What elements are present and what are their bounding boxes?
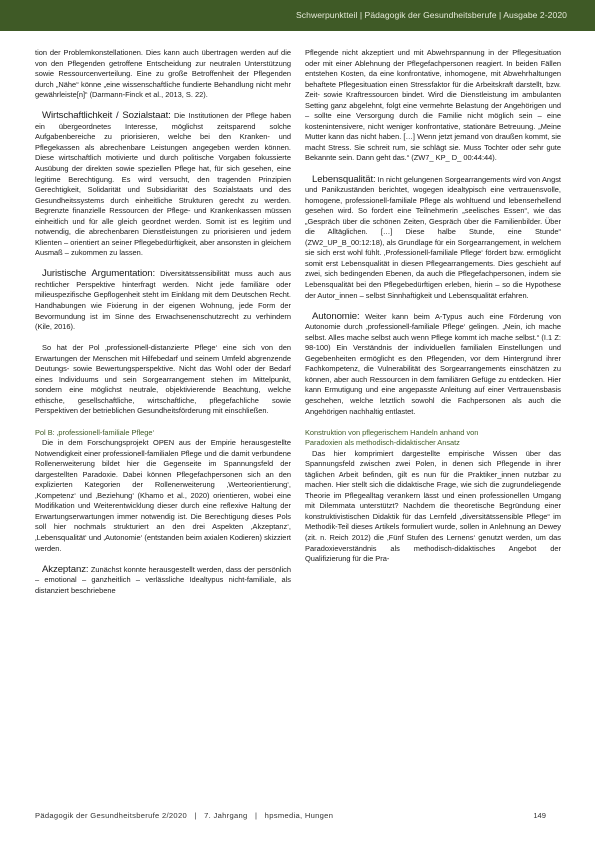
paragraph-quality-of-life: Lebensqualität: In nicht gelungenen Sorg… [305, 175, 561, 302]
running-header-band: Schwerpunktteil | Pädagogik der Gesundhe… [0, 0, 595, 31]
paragraph: tion der Problemkonstellationen. Dies ka… [35, 48, 291, 101]
paragraph-text: In nicht gelungenen Sorgearrangements wi… [305, 175, 561, 300]
page-footer: Pädagogik der Gesundheitsberufe 2/2020 |… [35, 811, 560, 820]
footer-volume: 7. Jahrgang [204, 811, 247, 820]
subheading-line: Paradoxien als methodisch-didaktischer A… [305, 438, 460, 447]
subheading-line: Konstruktion von pflegerischem Handeln a… [305, 428, 478, 437]
paragraph: Pflegende nicht akzeptiert und mit Abweh… [305, 48, 561, 164]
footer-publisher: hpsmedia, Hungen [265, 811, 334, 820]
keyword-heading: Akzeptanz: [42, 564, 88, 575]
page-number: 149 [533, 811, 546, 820]
footer-journal: Pädagogik der Gesundheitsberufe 2/2020 [35, 811, 187, 820]
footer-separator: | [255, 811, 257, 820]
keyword-heading: Wirtschaftlichkeit / Sozialstaat: [42, 110, 171, 121]
paragraph: So hat der Pol ‚professionell-distanzier… [35, 343, 291, 417]
right-column: Pflegende nicht akzeptiert und mit Abweh… [305, 48, 561, 565]
paragraph-acceptance: Akzeptanz: Zunächst konnte herausgestell… [35, 565, 291, 597]
running-header-title: Schwerpunktteil | Pädagogik der Gesundhe… [296, 10, 567, 20]
paragraph-economy: Wirtschaftlichkeit / Sozialstaat: Die In… [35, 111, 291, 259]
paragraph-legal: Juristische Argumentation: Diversitätsse… [35, 269, 291, 332]
paragraph: Das hier komprimiert dargestellte empiri… [305, 449, 561, 565]
section-subheading: Konstruktion von pflegerischem Handeln a… [305, 428, 561, 449]
keyword-heading: Lebensqualität: [312, 174, 376, 185]
paragraph-text: Die Institutionen der Pflege haben ein ü… [35, 111, 291, 257]
footer-separator: | [194, 811, 196, 820]
keyword-heading: Juristische Argumentation: [42, 268, 155, 279]
section-subheading: Pol B: ‚professionell-familiale Pflege‘ [35, 428, 291, 439]
paragraph-text: Weiter kann beim A-Typus auch eine Förde… [305, 312, 561, 416]
paragraph: Die in dem Forschungsprojekt OPEN aus de… [35, 438, 291, 554]
left-column: tion der Problemkonstellationen. Dies ka… [35, 48, 291, 596]
paragraph-autonomy: Autonomie: Weiter kann beim A-Typus auch… [305, 312, 561, 417]
keyword-heading: Autonomie: [312, 311, 360, 322]
